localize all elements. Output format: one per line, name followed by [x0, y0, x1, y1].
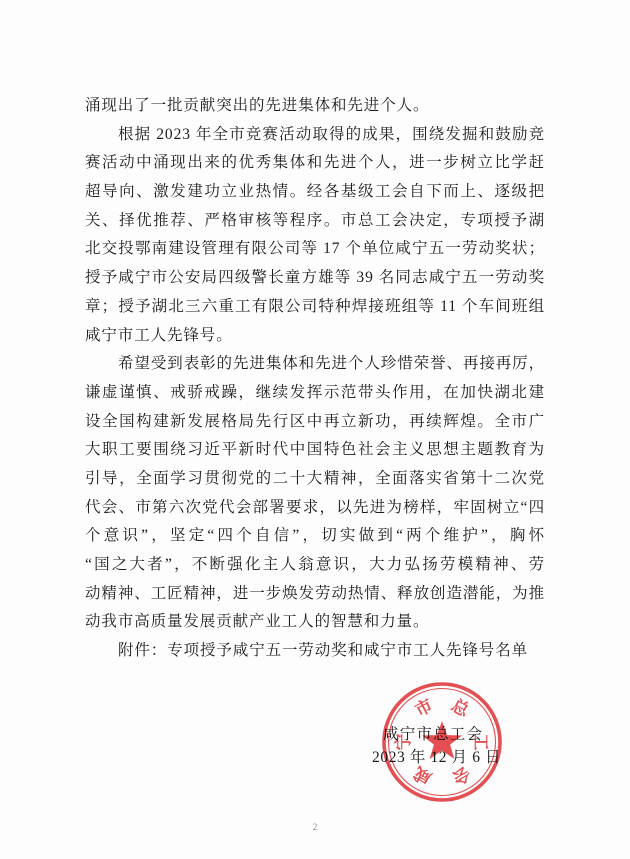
body-line: 咸宁市工人先锋号。: [85, 322, 545, 351]
page-number: 2: [300, 822, 330, 832]
body-line: 章；授予湖北三六重工有限公司特种焊接班组等 11 个车间班组: [85, 293, 545, 322]
body-line: 大职工要围绕习近平新时代中国特色社会主义思想主题教育为: [85, 436, 545, 465]
paragraph-expectations: 希望受到表彰的先进集体和先进个人珍惜荣誉、再接再厉， 谦虚谨慎、戒骄戒躁，继续发…: [85, 350, 545, 637]
paragraph-attachment: 附件：专项授予咸宁五一劳动奖和咸宁市工人先锋号名单: [85, 637, 545, 666]
body-line: 关、择优推荐、严格审核等程序。市总工会决定，专项授予湖: [85, 207, 545, 236]
body-line: 个意识”，坚定“四个自信”，切实做到“两个维护”，胸怀: [85, 522, 545, 551]
attachment-line: 附件：专项授予咸宁五一劳动奖和咸宁市工人先锋号名单: [85, 637, 545, 666]
body-line: 动我市高质量发展贡献产业工人的智慧和力量。: [85, 608, 545, 637]
body-text: 涌现出了一批贡献突出的先进集体和先进个人。 根据 2023 年全市竞赛活动取得的…: [85, 92, 545, 666]
body-line: 根据 2023 年全市竞赛活动取得的成果，围绕发掘和鼓励竞: [85, 121, 545, 150]
body-line: “国之大者”，不断强化主人翁意识，大力弘扬劳模精神、劳: [85, 551, 545, 580]
body-line: 谦虚谨慎、戒骄戒躁，继续发挥示范带头作用，在加快湖北建: [85, 379, 545, 408]
body-line: 涌现出了一批贡献突出的先进集体和先进个人。: [85, 92, 545, 121]
seal-char: 市: [411, 695, 436, 722]
paragraph-continuation: 涌现出了一批贡献突出的先进集体和先进个人。: [85, 92, 545, 121]
body-line: 超导向、激发建功立业热情。经各基级工会自下而上、逐级把: [85, 178, 545, 207]
paragraph-award-decision: 根据 2023 年全市竞赛活动取得的成果，围绕发掘和鼓励竞 赛活动中涌现出来的优…: [85, 121, 545, 351]
seal-char: 总: [448, 695, 474, 722]
body-line: 北交投鄂南建设管理有限公司等 17 个单位咸宁五一劳动奖状；: [85, 235, 545, 264]
signature-date: 2023 年 12 月 6 日: [372, 744, 501, 772]
body-line: 代会、市第六次党代会部署要求，以先进为榜样，牢固树立“四: [85, 494, 545, 523]
body-line: 希望受到表彰的先进集体和先进个人珍惜荣誉、再接再厉，: [85, 350, 545, 379]
body-line: 动精神、工匠精神，进一步焕发劳动热情、释放创造潜能，为推: [85, 580, 545, 609]
body-line: 设全国构建新发展格局先行区中再立新功，再续辉煌。全市广: [85, 408, 545, 437]
document-page: 涌现出了一批贡献突出的先进集体和先进个人。 根据 2023 年全市竞赛活动取得的…: [0, 0, 630, 859]
body-line: 赛活动中涌现出来的优秀集体和先进个人，进一步树立比学赶: [85, 149, 545, 178]
body-line: 授予咸宁市公安局四级警长童方雄等 39 名同志咸宁五一劳动奖: [85, 264, 545, 293]
body-line: 引导，全面学习贯彻党的二十大精神，全面落实省第十二次党: [85, 465, 545, 494]
